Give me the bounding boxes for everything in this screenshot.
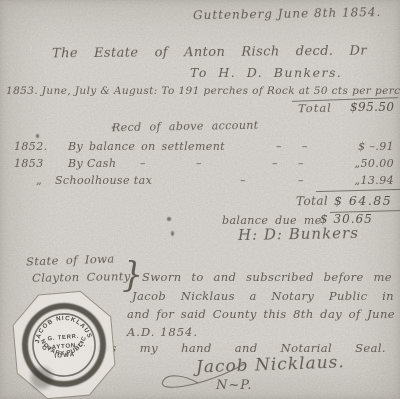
credit-year: 1852. xyxy=(14,141,48,154)
ink-speck xyxy=(112,126,114,129)
credit-row-1853-cash: 1853 By Cash – – – – „50.00 xyxy=(0,158,400,174)
credit-dash: – xyxy=(302,141,308,154)
received-heading: Recd of above account xyxy=(112,120,259,135)
sworn-line-3: and for said County this 8th day of June xyxy=(127,308,395,321)
paper-scan: Guttenberg June 8th 1854. The Estate of … xyxy=(0,0,400,399)
credit-dash: – xyxy=(240,175,246,188)
ink-speck xyxy=(36,134,39,138)
credit-desc: Schoolhouse tax xyxy=(55,175,152,188)
credit-amount: $ –.91 xyxy=(316,141,394,154)
sworn-line-4: A.D. 1854. xyxy=(127,326,198,339)
sworn-line-1: Sworn to and subscribed before me xyxy=(142,271,392,284)
credit-dash: – xyxy=(298,158,304,171)
charge-line: 1853. June, July & August: To 191 perche… xyxy=(6,85,398,97)
ink-speck xyxy=(171,231,174,236)
total-label-2: Total xyxy=(296,195,328,209)
credit-dash: – xyxy=(298,175,304,188)
credit-dash: – xyxy=(276,141,282,154)
county-line: Clayton County xyxy=(32,270,131,285)
credit-row-1852: 1852. By balance on settlement – – $ –.9… xyxy=(0,141,400,157)
total-amount-1: $95.50 xyxy=(350,101,394,115)
total-amount-2: $ 64.85 xyxy=(334,194,392,208)
credit-ditto-mark: „ xyxy=(36,175,42,188)
credit-year: 1853 xyxy=(14,158,44,171)
bunkers-signature: H: D: Bunkers xyxy=(238,225,359,244)
sworn-line-2: Jacob Nicklaus a Notary Public in xyxy=(132,290,394,303)
total-label-1: Total xyxy=(298,102,332,116)
ink-speck xyxy=(167,217,171,221)
credit-amount: „13.94 xyxy=(316,175,394,188)
dateline: Guttenberg June 8th 1854. xyxy=(193,7,345,23)
charge-text: 1853. June, July & August: To 191 perche… xyxy=(6,85,400,97)
notary-seal: JACOB NICKLAUS G. TERR. CLAYTON C. IOWA … xyxy=(7,286,120,399)
credit-desc: By balance on settlement xyxy=(68,141,225,154)
credit-dash: – xyxy=(272,158,278,171)
credit-amount: „50.00 xyxy=(316,158,394,171)
estate-line: The Estate of Anton Risch decd. Dr xyxy=(52,45,367,63)
state-line: State of Iowa xyxy=(26,252,115,268)
credit-dash: – xyxy=(196,158,202,171)
credit-dash: – xyxy=(140,158,146,171)
debtor-line: To H. D. Bunkers. xyxy=(190,66,335,80)
credit-row-schoolhouse-tax: „ Schoolhouse tax – – „13.94 xyxy=(0,175,400,191)
credit-desc: By Cash xyxy=(68,158,116,171)
notary-title-abbr: N~P. xyxy=(216,379,253,394)
